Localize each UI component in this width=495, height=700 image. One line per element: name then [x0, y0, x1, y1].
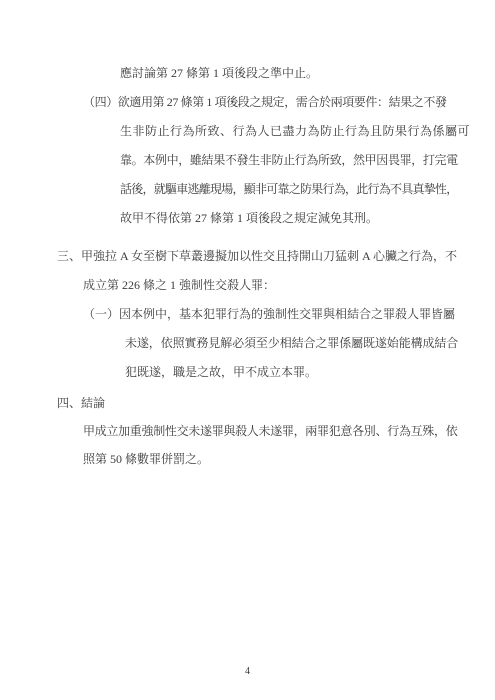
page-number: 4	[0, 666, 495, 677]
doc-line: 照第 50 條數罪併罰之。	[83, 452, 209, 467]
doc-line: 應討論第 27 條第 1 項後段之準中止。	[120, 66, 318, 81]
doc-line: （一）因本例中，基本犯罪行為的強制性交罪與相結合之罪殺人罪皆屬	[83, 307, 455, 322]
doc-line: 犯既遂，職是之故，甲不成立本罪。	[125, 365, 317, 380]
doc-line: 故甲不得依第 27 條第 1 項後段之規定減免其刑。	[120, 211, 378, 226]
doc-line: 話後，就驅車逃離現場，顯非可靠之防果行為，此行為不具真摯性，	[120, 182, 458, 197]
doc-line: 未遂，依照實務見解必須至少相結合之罪係屬既遂始能構成結合	[125, 336, 458, 351]
doc-line: 四、結論	[57, 396, 105, 411]
doc-line: 成立第 226 條之 1 強制性交殺人罪：	[83, 278, 275, 293]
doc-line: （四）欲適用第 27 條第 1 項後段之規定，需合於兩項要件：結果之不發	[83, 95, 447, 110]
doc-line: 生非防止行為所致、行為人已盡力為防止行為且防果行為係屬可	[120, 124, 470, 139]
doc-line: 靠。本例中，雖結果不發生非防止行為所致，然甲因畏罪，打完電	[120, 153, 458, 168]
doc-line: 甲成立加重強制性交未遂罪與殺人未遂罪，兩罪犯意各別、行為互殊，依	[83, 424, 457, 439]
doc-line: 三、甲強拉 A 女至樹下草叢邊擬加以性交且持開山刀猛刺 A 心臟之行為，不	[57, 249, 457, 264]
document-page: 應討論第 27 條第 1 項後段之準中止。 （四）欲適用第 27 條第 1 項後…	[0, 0, 495, 700]
